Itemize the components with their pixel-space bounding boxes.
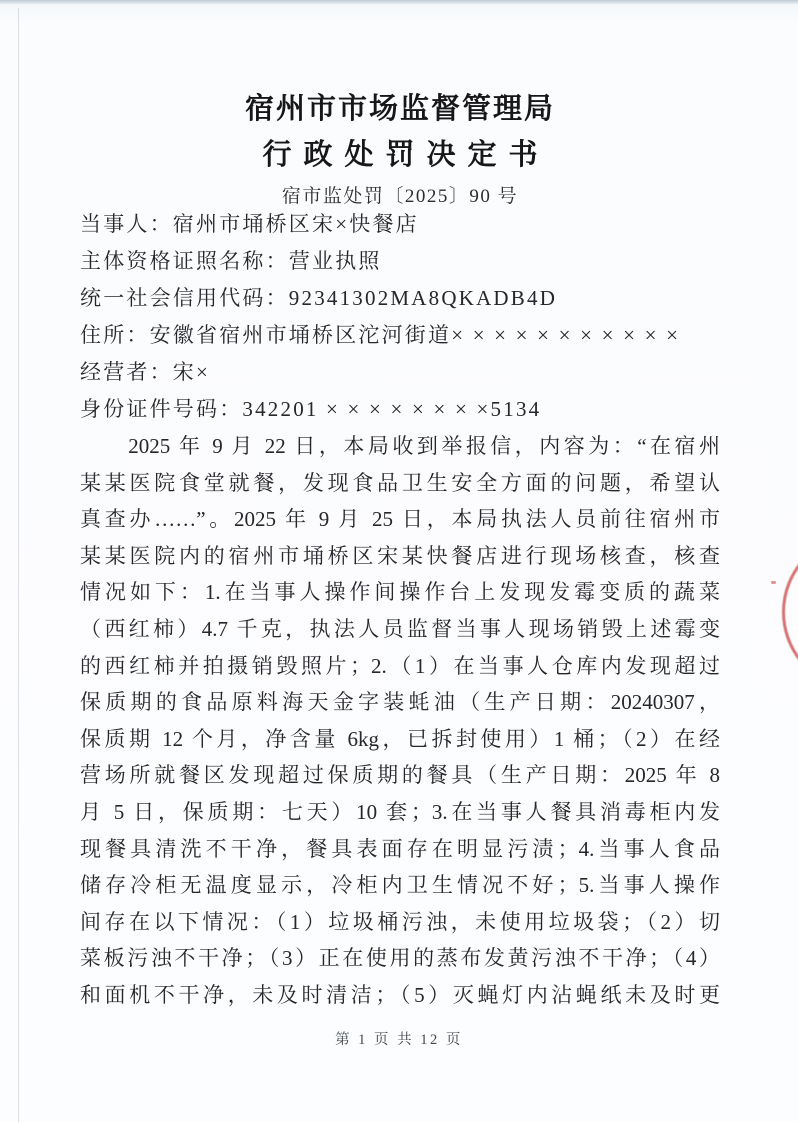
party-info-line: 身份证件号码：342201 × × × × × × × ×5134 (80, 391, 722, 428)
body-text-line: 间存在以下情况：（1）垃圾桶污浊，未使用垃圾袋；（2）切 (80, 904, 720, 941)
party-info-line: 住所：安徽省宿州市埇桥区沱河街道× × × × × × × × × × × (80, 317, 722, 354)
body-text-line: 和面机不干净，未及时清洁；（5）灭蝇灯内沾蝇纸未及时更 (80, 977, 720, 1014)
body-text-line: 储存冷柜无温度显示，冷柜内卫生情况不好；5.当事人操作 (80, 867, 720, 904)
page-number-indicator: 第 1 页 共 12 页 (0, 1028, 798, 1049)
agency-title: 宿州市市场监督管理局 (80, 86, 720, 127)
party-info-section: 当事人：宿州市埇桥区宋×快餐店主体资格证照名称：营业执照统一社会信用代码：923… (80, 206, 722, 428)
body-text-line: 月 5 日，保质期：七天）10 套；3.在当事人餐具消毒柜内发 (80, 794, 720, 831)
party-info-line: 统一社会信用代码：92341302MA8QKADB4D (80, 280, 722, 317)
seal-ink-speck (771, 581, 776, 584)
body-text-line: 保质期的食品原料海天金字装蚝油（生产日期：20240307， (80, 684, 720, 721)
document-number: 宿市监处罚〔2025〕90 号 (80, 181, 720, 208)
body-text-line: 营场所就餐区发现超过保质期的餐具（生产日期：2025 年 8 (80, 757, 720, 794)
body-text-line: （西红柿）4.7 千克，执法人员监督当事人现场销毁上述霉变 (80, 611, 720, 648)
body-paragraph: 2025 年 9 月 22 日，本局收到举报信，内容为：“在宿州某某医院食堂就餐… (80, 428, 720, 1014)
body-text-line: 2025 年 9 月 22 日，本局收到举报信，内容为：“在宿州 (80, 428, 720, 465)
body-text-line: 某某医院食堂就餐，发现食品卫生安全方面的问题，希望认 (80, 465, 720, 502)
body-text-line: 菜板污浊不干净；（3）正在使用的蒸布发黄污浊不干净；（4） (80, 940, 720, 977)
party-info-line: 当事人：宿州市埇桥区宋×快餐店 (80, 206, 722, 243)
body-text-line: 真查办……”。2025 年 9 月 25 日，本局执法人员前往宿州市 (80, 501, 720, 538)
official-seal-stamp (782, 533, 798, 691)
scanned-document-page: 宿州市市场监督管理局 行政处罚决定书 宿市监处罚〔2025〕90 号 当事人：宿… (0, 0, 798, 1122)
party-info-line: 主体资格证照名称：营业执照 (80, 243, 722, 280)
scan-edge-line (18, 8, 19, 1122)
body-text-line: 现餐具清洗不干净，餐具表面存在明显污渍；4.当事人食品 (80, 831, 720, 868)
body-text-line: 某某医院内的宿州市埇桥区宋某快餐店进行现场核查，核查 (80, 538, 720, 575)
party-info-line: 经营者：宋× (80, 354, 722, 391)
scan-edge-shadow (0, 0, 798, 5)
body-text-line: 情况如下：1.在当事人操作间操作台上发现发霉变质的蔬菜 (80, 574, 720, 611)
body-text-line: 的西红柿并拍摄销毁照片；2.（1）在当事人仓库内发现超过 (80, 648, 720, 685)
document-type-title: 行政处罚决定书 (80, 132, 720, 173)
body-text-line: 保质期 12 个月，净含量 6kg，已拆封使用）1 桶；（2）在经 (80, 721, 720, 758)
